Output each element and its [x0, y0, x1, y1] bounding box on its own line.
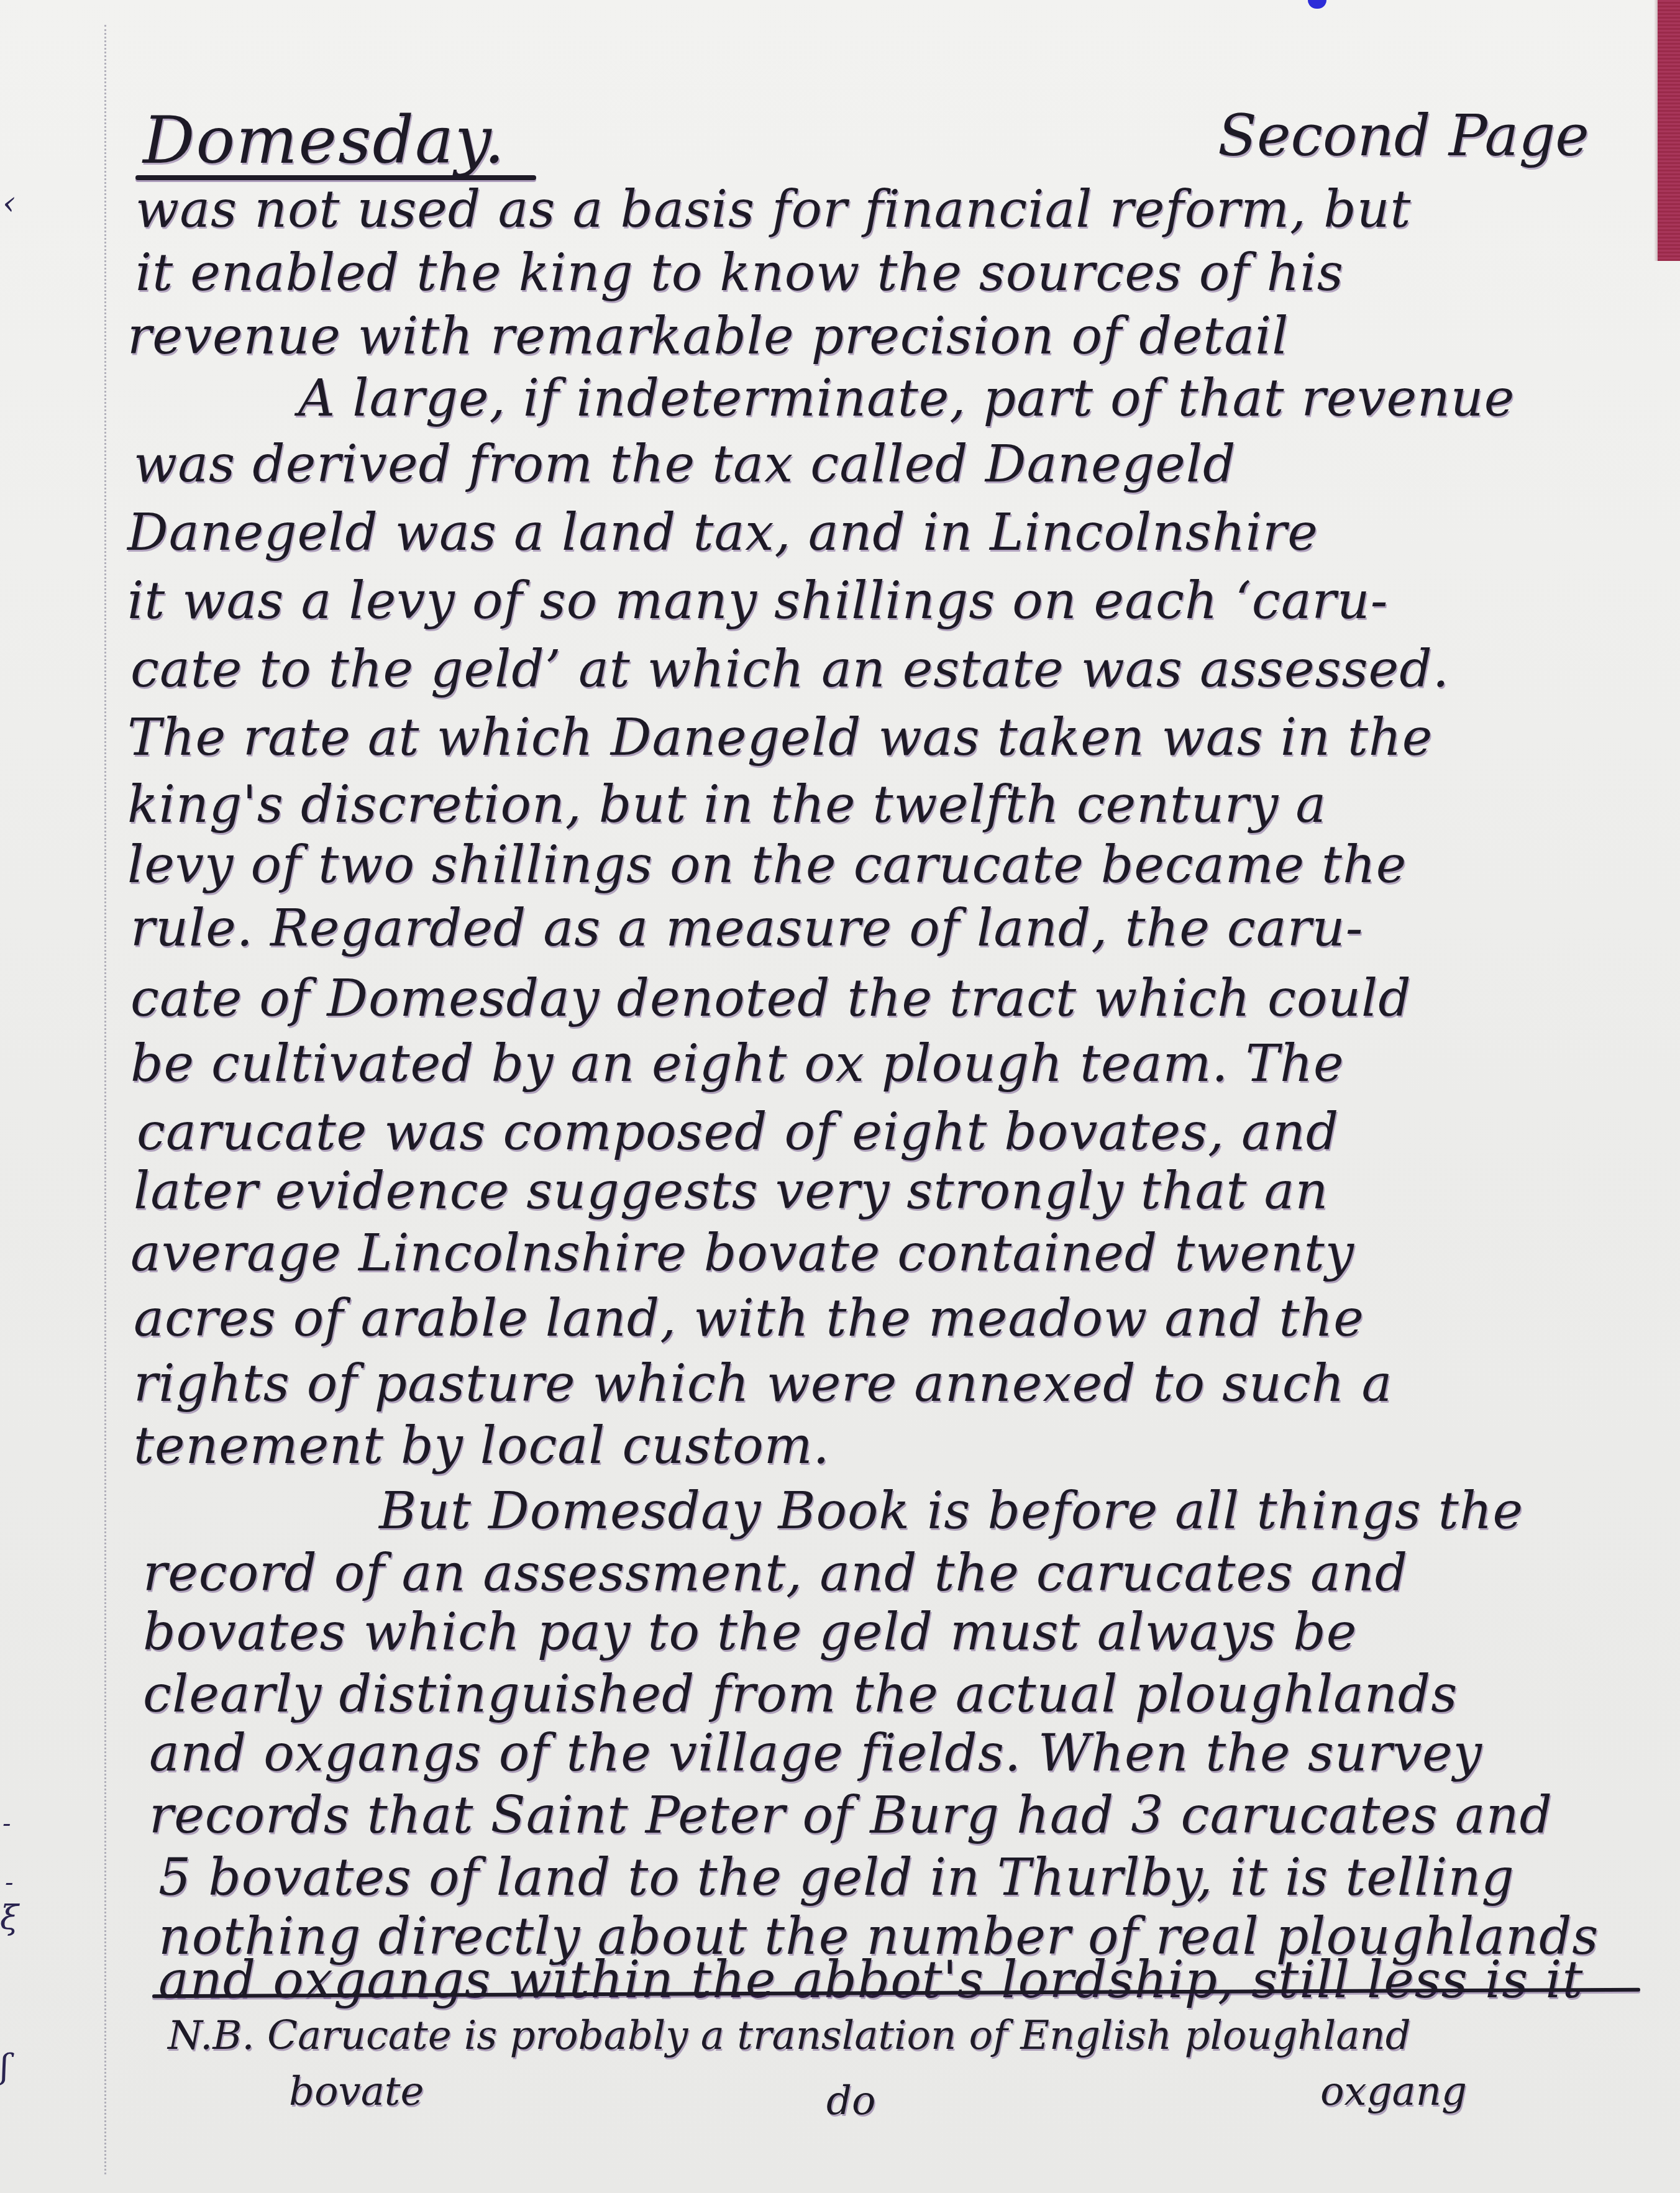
text-line: records that Saint Peter of Burg had 3 c… [149, 1786, 1553, 1845]
text-line: cate to the geld’ at which an estate was… [130, 640, 1449, 699]
text-line: and oxgangs of the village fields. When … [149, 1724, 1482, 1783]
page-title: Domesday. [143, 103, 506, 178]
text-line: later evidence suggests very strongly th… [134, 1162, 1328, 1221]
text-line: cate of Domesday denoted the tract which… [130, 969, 1412, 1028]
text-line: tenement by local custom. [134, 1416, 829, 1475]
margin-mark: ξ [0, 1901, 19, 1935]
text-line: levy of two shillings on the carucate be… [127, 836, 1407, 895]
text-line: king's discretion, but in the twelfth ce… [127, 775, 1326, 834]
binding-edge [1658, 0, 1680, 261]
footnote-ditto: do [826, 2078, 876, 2124]
text-line: 5 bovates of land to the geld in Thurlby… [158, 1848, 1515, 1907]
text-line: record of an assessment, and the carucat… [143, 1544, 1408, 1603]
text-line: carucate was composed of eight bovates, … [137, 1103, 1339, 1162]
text-line: But Domesday Book is before all things t… [379, 1482, 1523, 1541]
margin-perforation-line [104, 25, 106, 2174]
binding-shadow [1654, 0, 1658, 261]
footnote-oxgang: oxgang [1320, 2069, 1467, 2115]
text-line: Danegeld was a land tax, and in Lincolns… [127, 503, 1318, 562]
title-underline [135, 175, 536, 180]
text-line: clearly distinguished from the actual pl… [143, 1665, 1458, 1724]
text-line: was derived from the tax called Danegeld [134, 435, 1236, 494]
text-line: it was a levy of so many shillings on ea… [127, 572, 1388, 631]
handwritten-page: ‹ - - ξ ʃ Domesday. Second Page was not … [0, 0, 1680, 2193]
margin-mark: - [2, 1811, 11, 1836]
margin-mark: ʃ [0, 2050, 9, 2084]
text-line: A large, if indeterminate, part of that … [298, 369, 1515, 428]
text-line: revenue with remarkable precision of det… [127, 307, 1289, 366]
footnote-bovate: bovate [289, 2069, 424, 2115]
text-line: rights of pasture which were annexed to … [134, 1354, 1393, 1413]
margin-mark: ‹ [2, 186, 16, 220]
page-label: Second Page [1218, 103, 1589, 169]
text-line: average Lincolnshire bovate contained tw… [130, 1224, 1354, 1283]
text-line: be cultivated by an eight ox plough team… [130, 1034, 1344, 1093]
blue-ink-dot [1308, 0, 1326, 9]
text-line: was not used as a basis for financial re… [135, 180, 1411, 239]
text-line: it enabled the king to know the sources … [135, 244, 1344, 303]
text-line: bovates which pay to the geld must alway… [143, 1603, 1357, 1662]
margin-mark: - [5, 1870, 14, 1895]
footnote-line: N.B. Carucate is probably a translation … [168, 2013, 1411, 2059]
text-line: acres of arable land, with the meadow an… [134, 1289, 1364, 1348]
text-line: rule. Regarded as a measure of land, the… [130, 899, 1363, 958]
text-line: and oxgangs within the abbot's lordship,… [158, 1951, 1584, 2010]
text-line: The rate at which Danegeld was taken was… [127, 708, 1433, 767]
